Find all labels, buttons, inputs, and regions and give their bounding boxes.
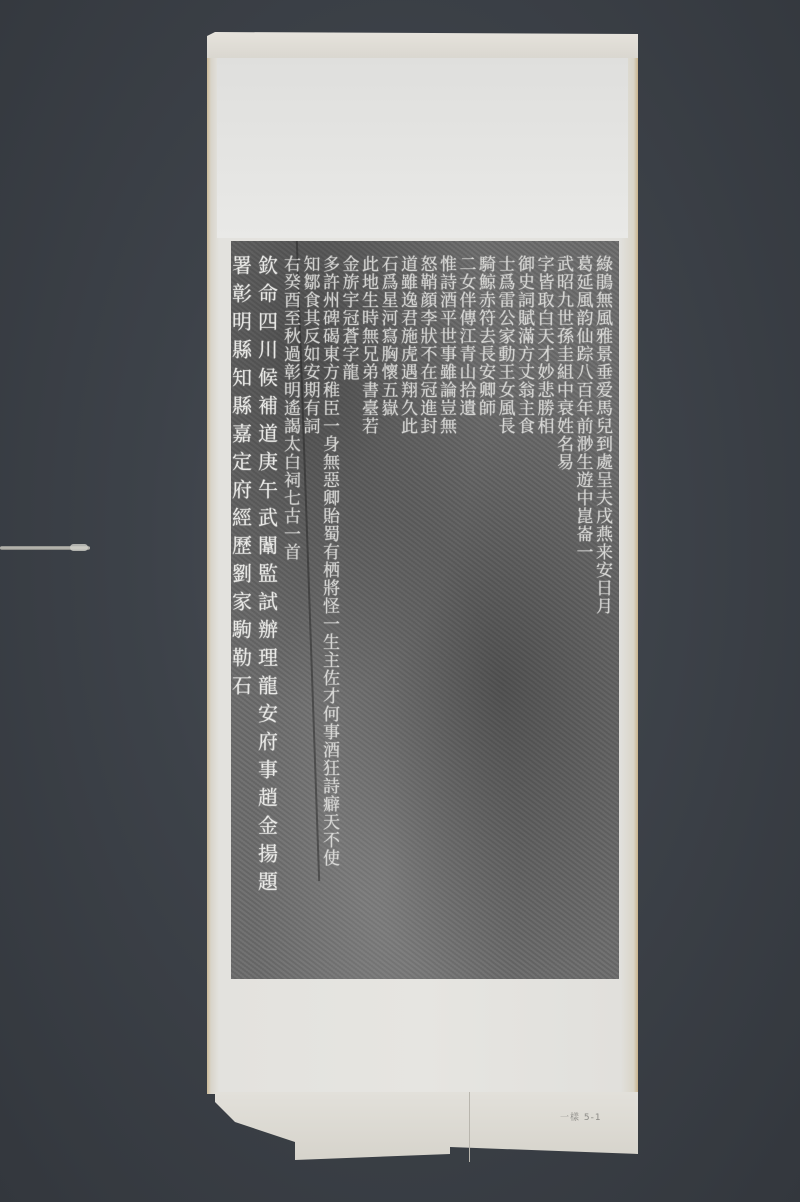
text-column: 多許州碑碣東方稚臣一身無惡卿貽蜀有栖將怪一生主佐才何事酒狂詩癖天不使: [319, 255, 339, 965]
text-column: 武昭九世孫圭組中衰姓名易: [553, 255, 573, 965]
rod-tip: [70, 544, 88, 551]
paper-fold: [469, 1092, 470, 1162]
colophon-column: 署彰明縣知縣嘉定府經歷劉家駒勒石: [231, 255, 254, 965]
inscription-column: 右癸酉至秋過彰明遙謁太白祠七古一首: [280, 255, 300, 965]
text-columns: 綠鵑無風雅景垂爱馬兒到處呈夫戌燕来安日月 葛延風韵仙踪八百年前渺生遊中崑崙一 武…: [231, 255, 611, 965]
text-column: 御史詞賦滿方丈翁主食: [514, 255, 534, 965]
text-column: 怒鞘顔李狀不在冠進封: [416, 255, 436, 965]
text-column: 綠鵑無風雅景垂爱馬兒到處呈夫戌燕来安日月: [592, 255, 612, 965]
scroll-bottom-edge: [215, 1092, 638, 1162]
text-column: 石爲星河寫胸懷五嶽: [377, 255, 397, 965]
text-column: 字皆取白天才妙悲勝相: [533, 255, 553, 965]
text-column: 士爲雷公家動王女風長: [494, 255, 514, 965]
text-column: 二女伴傳江青山拾遺: [455, 255, 475, 965]
text-column: 惟詩酒平世事雖論豈無: [436, 255, 456, 965]
text-column: 此地生時無兄弟書臺若: [358, 255, 378, 965]
text-column: 道雖逸君施虎遇翔久此: [397, 255, 417, 965]
colophon-column: 欽命四川候補道庚午武闈監試辦理龍安府事趙金揚題: [254, 255, 280, 965]
text-column: 騎鯨赤符去長安卿師: [475, 255, 495, 965]
pencil-note: 一樣 5-1: [560, 1110, 602, 1123]
stele-rubbing: 綠鵑無風雅景垂爱馬兒到處呈夫戌燕来安日月 葛延風韵仙踪八百年前渺生遊中崑崙一 武…: [231, 241, 619, 979]
text-column: 金旂宇冠蒼字龍: [338, 255, 358, 965]
inscription-column: 知鄒食其反如安期有詞: [299, 255, 319, 965]
scroll-top-edge: [207, 32, 638, 60]
text-column: 葛延風韵仙踪八百年前渺生遊中崑崙一: [572, 255, 592, 965]
